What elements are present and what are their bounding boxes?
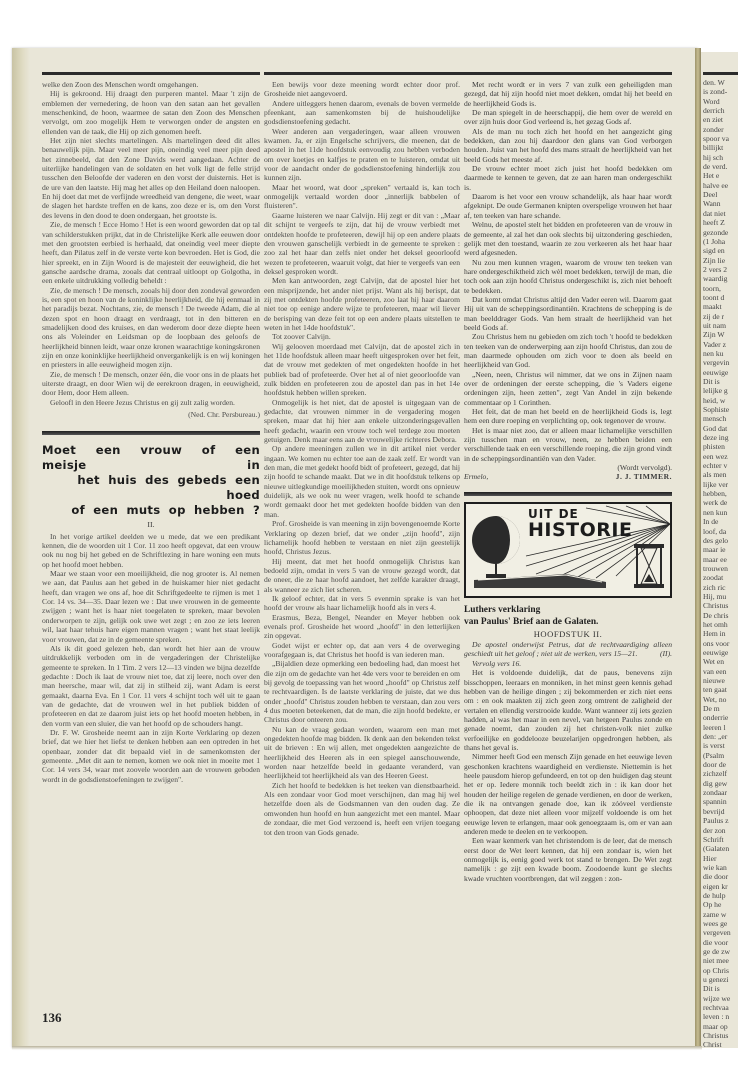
facing-line: ons voor — [703, 639, 738, 648]
facing-line: Hem in — [703, 629, 738, 638]
facing-line: deze ing — [703, 433, 738, 442]
facing-line: billijkt — [703, 143, 738, 152]
paragraph: Maar het woord, wat door „spreken" verta… — [264, 183, 460, 211]
facing-line: 2 vers 2 — [703, 265, 738, 274]
facing-line: In de — [703, 517, 738, 526]
facing-line: Deel — [703, 190, 738, 199]
facing-line: werk de — [703, 498, 738, 507]
facing-line: heid, w — [703, 396, 738, 405]
paragraph: Als ik dit goed gelezen heb, dan wordt h… — [42, 644, 260, 728]
paragraph: Gaarne luisteren we naar Calvijn. Hij ze… — [264, 211, 460, 276]
facing-line: toorn, — [703, 284, 738, 293]
facing-line: eeuwige — [703, 648, 738, 657]
facing-line: nen ku — [703, 349, 738, 358]
facing-line: maar op — [703, 1022, 738, 1031]
facing-line: Hij, mu — [703, 592, 738, 601]
paragraph: Men kan antwoorden, zegt Calvijn, dat de… — [264, 276, 460, 332]
paragraph: Hij meent, dat met het hoofd onmogelijk … — [264, 557, 460, 594]
facing-line: wees ge — [703, 919, 738, 928]
paragraph: Met recht wordt er in vers 7 van zulk ee… — [464, 80, 672, 108]
facing-line: die door — [703, 872, 738, 881]
continuation-note: Vervolg vers 16. — [464, 659, 672, 668]
article-luther-body: Het is voldoende duidelijk, dat de paus,… — [464, 668, 672, 883]
facing-line: hebben, — [703, 489, 738, 498]
facing-line: leven : n — [703, 1012, 738, 1021]
facing-line: gezonde — [703, 228, 738, 237]
hourglass-icon — [634, 544, 664, 588]
facing-line: spannin — [703, 797, 738, 806]
facing-line: onderrie — [703, 713, 738, 722]
paragraph: Op andere meeningen zullen we in dit art… — [264, 444, 460, 519]
facing-line: heeft Z — [703, 218, 738, 227]
facing-line: lelijke g — [703, 386, 738, 395]
facing-line: Vader z — [703, 340, 738, 349]
facing-line: dig gew — [703, 779, 738, 788]
facing-line: waardig — [703, 274, 738, 283]
paragraph: welke den Zoon des Menschen wordt omgeha… — [42, 80, 260, 89]
chapter-heading: HOOFDSTUK II. — [464, 630, 672, 639]
facing-line: den: „er — [703, 732, 738, 741]
facing-line: der zon — [703, 826, 738, 835]
paragraph: Het is voldoende duidelijk, dat de paus,… — [464, 668, 672, 752]
facing-line: hij sch — [703, 153, 738, 162]
facing-line: zij de r — [703, 312, 738, 321]
facing-line: ten gaat — [703, 685, 738, 694]
paragraph: Als de man nu toch zich het hoofd en het… — [464, 127, 672, 164]
paragraph: Zie, de mensch ! De mensch, zooals hij d… — [42, 286, 260, 370]
facing-line: leeren l — [703, 723, 738, 732]
facing-line: rechtvaa — [703, 1003, 738, 1012]
separator-bar — [42, 431, 260, 435]
facing-page-text: den. Wis zond-Wordderrichen zietzondersp… — [703, 78, 738, 1048]
facing-line: trouwen — [703, 564, 738, 573]
credit-line: (Ned. Chr. Persbureau.) — [42, 410, 260, 419]
facing-line: zichzelf — [703, 769, 738, 778]
facing-line: eigen kr — [703, 882, 738, 891]
article-hoed-body: In het vorige artikel deelden we u mede,… — [42, 532, 260, 784]
facing-line: is verst — [703, 741, 738, 750]
paragraph: Nu kan de vraag gedaan worden, waarom ee… — [264, 725, 460, 781]
facing-line: vergeven — [703, 928, 738, 937]
facing-line: halve ee — [703, 181, 738, 190]
facing-line: Christus — [703, 601, 738, 610]
facing-line: De m — [703, 704, 738, 713]
facing-line: sigd en — [703, 246, 738, 255]
newspaper-page: welke den Zoon des Menschen wordt omgeha… — [12, 48, 698, 1048]
paragraph: Het zijn niet slechts martelingen. Als m… — [42, 136, 260, 220]
paragraph: Nu zou men kunnen vragen, waarom de vrou… — [464, 258, 672, 295]
paragraph: Godet wijst er echter op, dat aan vers 4… — [264, 641, 460, 660]
paragraph: Dr. F. W. Grosheide neemt aan in zijn Ko… — [42, 728, 260, 784]
facing-line: Zijn W — [703, 330, 738, 339]
facing-line: zondaar — [703, 788, 738, 797]
facing-line: Christus — [703, 1031, 738, 1040]
facing-line: bevrijd — [703, 807, 738, 816]
column-2: Een bewijs voor deze meening wordt echte… — [264, 80, 460, 837]
facing-line: u genezi — [703, 975, 738, 984]
facing-line: de verd. — [703, 162, 738, 171]
facing-line: echter v — [703, 461, 738, 470]
paragraph: Tot zoover Calvijn. — [264, 332, 460, 341]
paragraph: Het feit, dat de man het beeld en de hee… — [464, 407, 672, 426]
facing-line: wie kan — [703, 863, 738, 872]
paragraph: „Bijaldien deze opmerking een bedoeling … — [264, 659, 460, 724]
facing-line: zonder — [703, 125, 738, 134]
facing-line: is zond- — [703, 87, 738, 96]
facing-line: zame w — [703, 910, 738, 919]
facing-line: Schrift — [703, 835, 738, 844]
facing-line: en ziet — [703, 115, 738, 124]
paragraph: Wij gelooven moerdaad met Calvijn, dat d… — [264, 342, 460, 398]
facing-line: op Chris — [703, 966, 738, 975]
facing-line: zich ric — [703, 583, 738, 592]
facing-line: dat niet — [703, 209, 738, 218]
facing-line: die voor — [703, 938, 738, 947]
facing-line: nen kun — [703, 508, 738, 517]
top-rule — [703, 72, 738, 75]
facing-line: Zijn lie — [703, 256, 738, 265]
paragraph: Een waar kenmerk van het christendom is … — [464, 836, 672, 883]
facing-line: Sophiste — [703, 405, 738, 414]
page-shadow — [12, 1046, 702, 1050]
article-part: II. — [42, 520, 260, 529]
facing-line: niet mee — [703, 956, 738, 965]
paragraph: Maar we staan voor een moeilijkheid, die… — [42, 569, 260, 644]
facing-line: als men — [703, 470, 738, 479]
article-hoed-continued: Een bewijs voor deze meening wordt echte… — [264, 80, 460, 837]
facing-line: Op he — [703, 900, 738, 909]
facing-line: maar ee — [703, 555, 738, 564]
column-3: Met recht wordt er in vers 7 van zulk ee… — [464, 80, 672, 883]
facing-line: Wann — [703, 199, 738, 208]
uit-de-historie-banner: UIT DE HISTORIE — [464, 502, 672, 598]
facing-line: mensch — [703, 414, 738, 423]
paragraph: Erasmus, Beza, Bengel, Neander en Meyer … — [264, 613, 460, 641]
facing-line: (Galaten — [703, 844, 738, 853]
facing-line: nieuwe — [703, 676, 738, 685]
facing-line: uit nam — [703, 321, 738, 330]
article-headline: Moet een vrouw of een meisje in het huis… — [42, 443, 260, 518]
facing-line: loof, da — [703, 527, 738, 536]
facing-line: Christ — [703, 1040, 738, 1048]
paragraph: Een bewijs voor deze meening wordt echte… — [264, 80, 460, 99]
top-rule — [42, 72, 260, 75]
facing-line: eeuwige — [703, 368, 738, 377]
facing-line: phisten — [703, 442, 738, 451]
continued-note: (Wordt vervolgd). — [464, 463, 672, 472]
facing-line: De chris — [703, 611, 738, 620]
facing-page: den. Wis zond-Wordderrichen zietzondersp… — [701, 52, 738, 1048]
facing-line: Dit is — [703, 377, 738, 386]
paragraph: Zich het hoofd te bedekken is het teeken… — [264, 781, 460, 837]
paragraph: Zie, de mensch ! Ecce Homo ! Het is een … — [42, 220, 260, 285]
facing-line: zoodat — [703, 573, 738, 582]
paragraph: Ik geloof echter, dat in vers 5 evenmin … — [264, 594, 460, 613]
paragraph: Welnu, de apostel stelt het bidden en pr… — [464, 220, 672, 257]
facing-line: Hier — [703, 854, 738, 863]
paragraph: Onmogelijk is het niet, dat de apostel i… — [264, 398, 460, 445]
facing-line: Word — [703, 97, 738, 106]
paragraph: De vrouw echter moet zich juist het hoof… — [464, 164, 672, 192]
facing-line: Dit is — [703, 984, 738, 993]
facing-line: de hulp — [703, 891, 738, 900]
facing-line: ge de zw — [703, 947, 738, 956]
article-hoed-end: Met recht wordt er in vers 7 van zulk ee… — [464, 80, 672, 463]
facing-line: Wet, no — [703, 695, 738, 704]
facing-line: maar ie — [703, 545, 738, 554]
paragraph: Nimmer heeft God een mensch Zijn genade … — [464, 752, 672, 836]
facing-line: maakt — [703, 302, 738, 311]
facing-line: vergevin — [703, 358, 738, 367]
paragraph: Zie, de mensch ! De mensch, onzer één, d… — [42, 370, 260, 398]
separator-bar — [464, 492, 672, 496]
paragraph: „Neen, neen, Christus wil nimmer, dat we… — [464, 370, 672, 407]
signoff-place: Ermelo, — [464, 472, 488, 481]
facing-line: derrich — [703, 106, 738, 115]
article-ecce-homo: welke den Zoon des Menschen wordt omgeha… — [42, 80, 260, 407]
article-headline-luther: Luthers verklaring van Paulus' Brief aan… — [464, 604, 672, 628]
paragraph: Het is maar niet zoo, dat er alleen maar… — [464, 426, 672, 463]
paragraph: Geloofl in den Heere Jezus Christus en g… — [42, 398, 260, 407]
column-1: welke den Zoon des Menschen wordt omgeha… — [42, 80, 260, 784]
paragraph: Dat komt omdat Christus altijd den Vader… — [464, 295, 672, 332]
facing-line: wijze we — [703, 994, 738, 1003]
paragraph: In het vorige artikel deelden we u mede,… — [42, 532, 260, 569]
paragraph: Andere uitleggers henen daarom, evenals … — [264, 99, 460, 127]
facing-line: van een — [703, 667, 738, 676]
top-rule — [264, 72, 672, 75]
paragraph: Hij is gekroond. Hij draagt den purperen… — [42, 89, 260, 136]
facing-line: den. W — [703, 78, 738, 87]
facing-line: door de — [703, 760, 738, 769]
paragraph: Daarom is het voor een vrouw schandelijk… — [464, 192, 672, 220]
facing-line: lijke ver — [703, 480, 738, 489]
historie-title: UIT DE HISTORIE — [528, 508, 632, 540]
page-number: 136 — [42, 1010, 62, 1026]
facing-line: Wet en — [703, 657, 738, 666]
facing-line: een wez — [703, 452, 738, 461]
facing-line: het omh — [703, 620, 738, 629]
facing-line: God dat — [703, 424, 738, 433]
facing-line: Het e — [703, 171, 738, 180]
facing-line: toont d — [703, 293, 738, 302]
facing-line: (Psalm — [703, 751, 738, 760]
facing-line: (1 Joha — [703, 237, 738, 246]
page-edge — [12, 48, 30, 1048]
facing-line: des gelo — [703, 536, 738, 545]
signoff-author: J. J. TIMMER. — [616, 472, 672, 481]
paragraph: Prof. Grosheide is van meening in zijn b… — [264, 519, 460, 556]
chapter-summary: De apostel onderwijst Petrus, dat de rec… — [464, 640, 672, 659]
facing-line: Paulus z — [703, 816, 738, 825]
facing-line: spoor va — [703, 134, 738, 143]
paragraph: De man spiegelt in de heerschappij, die … — [464, 108, 672, 127]
signoff: Ermelo, J. J. TIMMER. — [464, 472, 672, 481]
paragraph: Zou Christus hem nu gebieden om zich toc… — [464, 332, 672, 369]
paragraph: Weer anderen aan vergaderingen, waar all… — [264, 127, 460, 183]
